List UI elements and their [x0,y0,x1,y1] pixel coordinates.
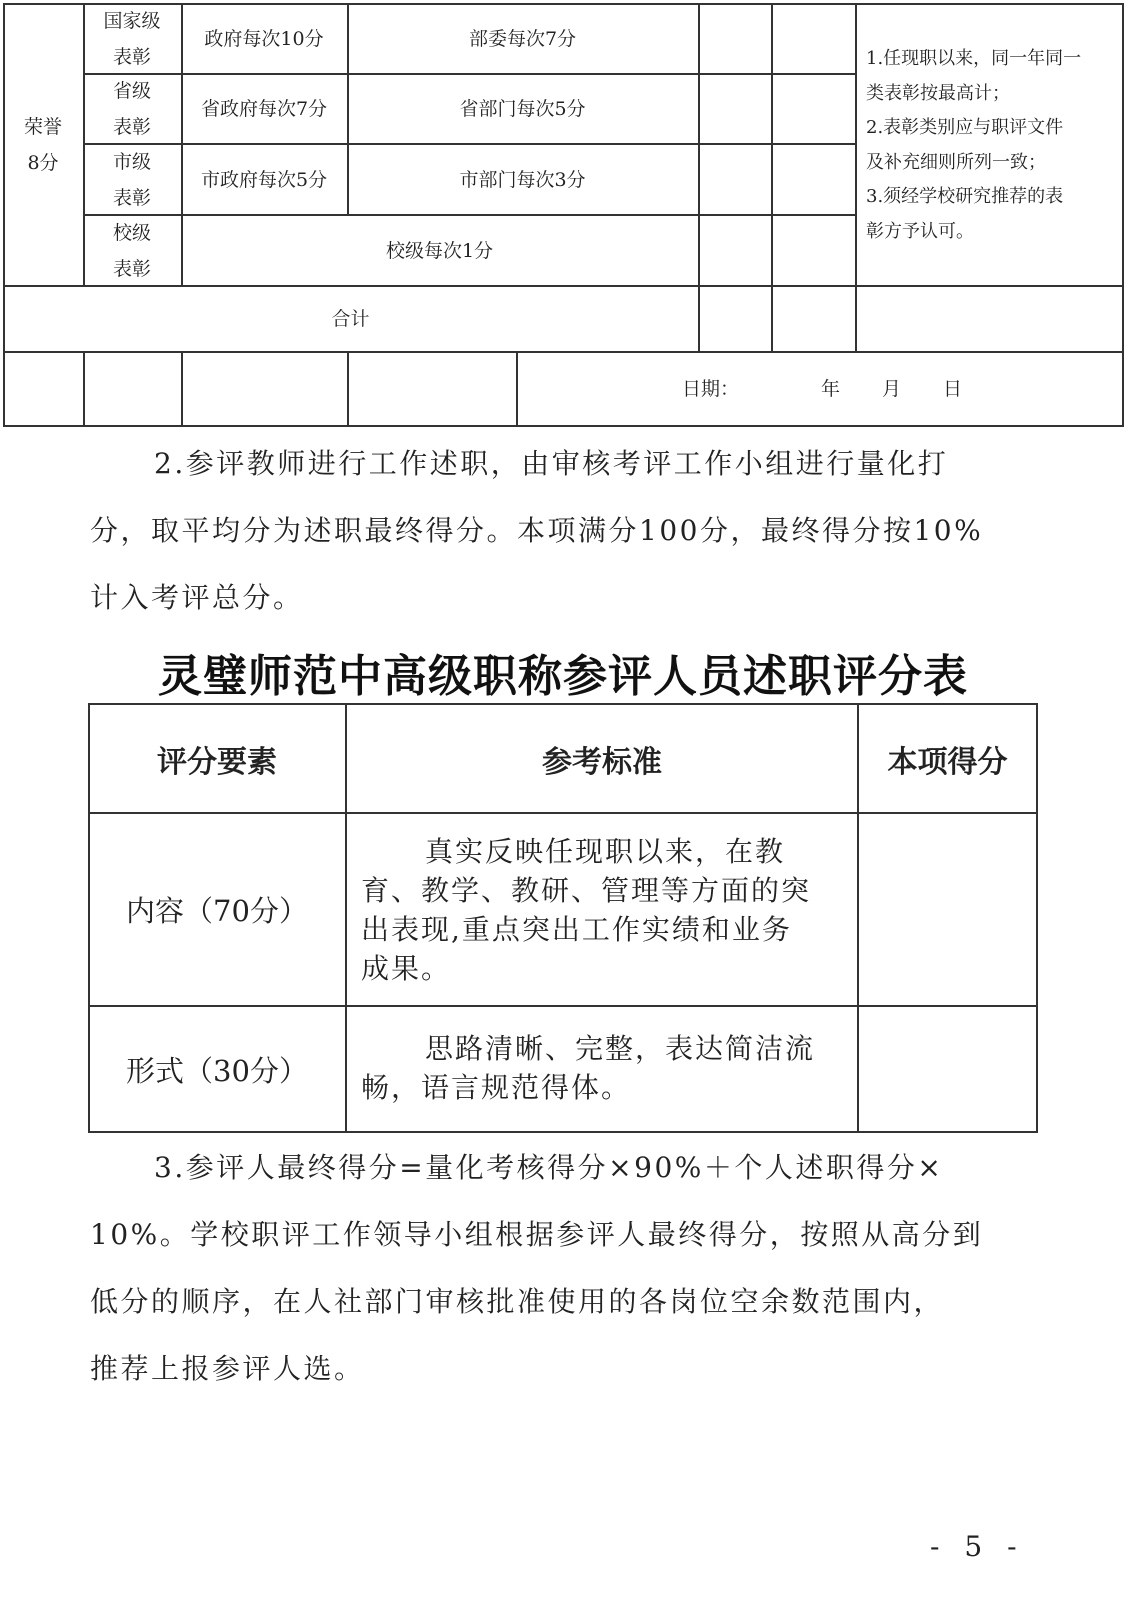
para-line: 分，取平均分为述职最终得分。本项满分100分，最终得分按10% [90,497,1040,564]
criteria-line: 畅，语言规范得体。 [361,1068,851,1107]
para-line: 2.参评教师进行工作述职，由审核考评工作小组进行量化打 [90,430,1040,497]
paragraph-3: 3.参评人最终得分=量化考核得分×90%＋个人述职得分× 10%。学校职评工作领… [90,1134,1040,1402]
date-month: 月 [882,371,901,407]
level-cell-national: 国家级 表彰 [83,3,181,74]
level-cell-city: 市级 表彰 [83,144,181,215]
category-name: 荣誉 [24,109,62,145]
table-border [855,3,857,352]
level-cell-school: 校级 表彰 [83,215,181,286]
level-label: 市级 [113,144,151,180]
paragraph-2: 2.参评教师进行工作述职，由审核考评工作小组进行量化打 分，取平均分为述职最终得… [90,430,1040,631]
element-form: 形式（30分） [88,1006,346,1132]
level-label: 表彰 [113,251,151,287]
points-cell: 省部门每次5分 [347,74,698,144]
level-label: 省级 [113,73,151,109]
notes-cell: 1.任现职以来，同一年同一 类表彰按最高计； 2.表彰类别应与职评文件 及补充细… [866,42,1122,249]
criteria-line: 成果。 [361,949,851,988]
level-label: 校级 [113,215,151,251]
category-points: 8分 [27,145,58,181]
date-day: 日 [943,371,962,407]
criteria-line: 真实反映任现职以来，在教 [361,832,851,871]
table-border [181,352,183,427]
criteria-line: 出表现,重点突出工作实绩和业务 [361,910,851,949]
points-cell: 市政府每次5分 [181,144,347,215]
score-cell-content[interactable] [858,813,1037,1006]
header-criteria: 参考标准 [346,704,858,813]
header-element: 评分要素 [88,704,346,813]
criteria-content: 真实反映任现职以来，在教 育、教学、教研、管理等方面的突 出表现,重点突出工作实… [361,832,851,988]
para-line: 3.参评人最终得分=量化考核得分×90%＋个人述职得分× [90,1134,1040,1201]
table-border [347,352,349,427]
criteria-line: 思路清晰、完整，表达简洁流 [361,1029,851,1068]
date-year: 年 [821,371,840,407]
criteria-line: 育、教学、教研、管理等方面的突 [361,871,851,910]
note-line: 彰方予认可。 [866,215,1122,250]
table-border [83,352,85,427]
level-cell-provincial: 省级 表彰 [83,74,181,144]
element-content: 内容（70分） [88,813,346,1006]
category-cell: 荣誉 8分 [3,3,83,286]
date-cell: 日期： 年 月 日 [516,352,1122,426]
points-cell-merged: 校级每次1分 [181,215,698,286]
note-line: 1.任现职以来，同一年同一 [866,42,1122,77]
para-line: 低分的顺序，在人社部门审核批准使用的各岗位空余数范围内， [90,1268,1040,1335]
table-border [698,3,700,352]
table-border [1122,3,1124,427]
note-line: 2.表彰类别应与职评文件 [866,111,1122,146]
level-label: 国家级 [103,3,160,39]
score-cell-form[interactable] [858,1006,1037,1132]
note-line: 3.须经学校研究推荐的表 [866,180,1122,215]
points-cell: 市部门每次3分 [347,144,698,215]
criteria-form: 思路清晰、完整，表达简洁流 畅，语言规范得体。 [361,1029,851,1107]
points-cell: 政府每次10分 [181,3,347,74]
para-line: 计入考评总分。 [90,564,1040,631]
page-number: - 5 - [930,1530,1025,1563]
header-score: 本项得分 [858,704,1037,813]
scoring-table-title: 灵璧师范中高级职称参评人员述职评分表 [88,640,1038,704]
level-label: 表彰 [113,180,151,216]
level-label: 表彰 [113,109,151,145]
table-border [771,3,773,352]
date-label: 日期： [682,371,739,407]
note-line: 及补充细则所列一致； [866,146,1122,181]
para-line: 10%。学校职评工作领导小组根据参评人最终得分，按照从高分到 [90,1201,1040,1268]
points-cell: 省政府每次7分 [181,74,347,144]
note-line: 类表彰按最高计； [866,77,1122,112]
points-cell: 部委每次7分 [347,3,698,74]
total-label: 合计 [3,286,698,352]
level-label: 表彰 [113,39,151,75]
para-line: 推荐上报参评人选。 [90,1335,1040,1402]
